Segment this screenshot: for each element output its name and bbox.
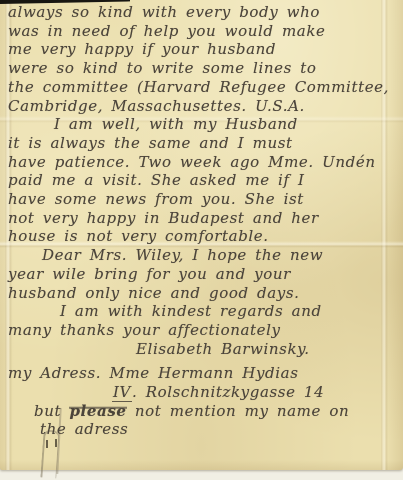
letter-line: have some news from you. She ist bbox=[8, 190, 398, 209]
letter-line: many thanks your affectionately bbox=[8, 321, 398, 340]
note-text: not mention my name on bbox=[127, 402, 350, 420]
letter-line: paid me a visit. She asked me if I bbox=[8, 171, 398, 190]
letter-line: were so kind to write some lines to bbox=[8, 59, 398, 78]
letter-line: Cambridge, Massachusettes. U.S.A. bbox=[8, 97, 398, 116]
street-name: . Rolschnitzkygasse 14 bbox=[132, 383, 324, 401]
address-street-line: IV. Rolschnitzkygasse 14 bbox=[8, 383, 398, 402]
address-intro-line: my Adress. Mme Hermann Hydias bbox=[8, 364, 398, 383]
overwritten-word: please bbox=[69, 402, 126, 420]
letter-line: house is not very comfortable. bbox=[8, 227, 398, 246]
letter-line: have patience. Two week ago Mme. Undén bbox=[8, 153, 398, 172]
letter-line: I am well, with my Husband bbox=[8, 115, 398, 134]
letter-line: it is always the same and I must bbox=[8, 134, 398, 153]
letter-line: not very happy in Budapest and her bbox=[8, 209, 398, 228]
pencil-mark-tick bbox=[46, 440, 48, 448]
handwritten-text: always so kind with every body who was i… bbox=[8, 3, 398, 439]
letter-line: the committee (Harvard Refugee Committee… bbox=[8, 78, 398, 97]
pencil-mark-tick bbox=[55, 439, 57, 447]
letter-line: I am with kindest regards and bbox=[8, 302, 398, 321]
letter-line: was in need of help you would make bbox=[8, 22, 398, 41]
scanned-letter: always so kind with every body who was i… bbox=[0, 0, 403, 480]
note-line: but please not mention my name on bbox=[8, 402, 398, 421]
letter-line: always so kind with every body who bbox=[8, 3, 398, 22]
letter-paper: always so kind with every body who was i… bbox=[0, 0, 403, 470]
letter-line: Dear Mrs. Wiley, I hope the new bbox=[8, 246, 398, 265]
note-text: but bbox=[34, 402, 69, 420]
letter-line: me very happy if your husband bbox=[8, 40, 398, 59]
district-number: IV bbox=[112, 383, 132, 402]
letter-line: husband only nice and good days. bbox=[8, 284, 398, 303]
letter-line: year wile bring for you and your bbox=[8, 265, 398, 284]
signature-line: Elisabeth Barwinsky. bbox=[8, 340, 398, 359]
note-line: the adress bbox=[8, 420, 398, 439]
